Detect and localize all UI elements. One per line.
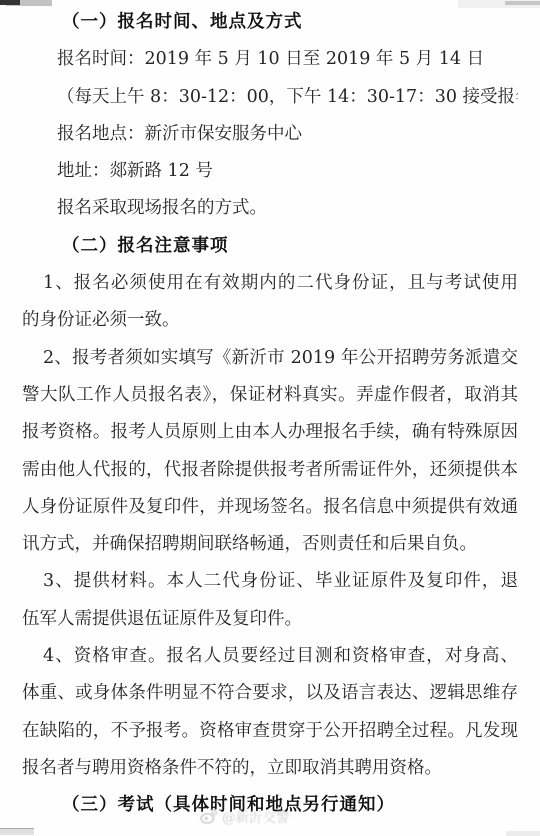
note4-line4: 报名者与聘用资格条件不符的，立即取消其聘用资格。 [22,750,518,787]
note3-line2: 伍军人需提供退伍证原件及复印件。 [22,601,518,638]
section-2-heading: （二）报名注意事项 [22,228,518,265]
note2-line5: 人身份证原件及复印件，并现场签名。报名信息中须提供有效通 [22,489,518,526]
reg-method-line: 报名采取现场报名的方式。 [22,190,518,227]
scanned-document-page: （一）报名时间、地点及方式 报名时间：2019 年 5 月 10 日至 2019… [0,0,540,836]
watermark-handle: @新沂交警 [222,806,290,826]
note1-line2: 的身份证必须一致。 [22,302,518,339]
reg-address-line: 地址：郯新路 12 号 [22,153,518,190]
section-1-heading: （一）报名时间、地点及方式 [22,4,518,41]
weibo-icon [200,808,218,824]
note1-line1: 1、报名必须使用在有效期内的二代身份证，且与考试使用 [22,265,518,302]
note2-line3: 报考资格。报考人员原则上由本人办理报名手续，确有特殊原因 [22,414,518,451]
scan-artifact-top-right-gray [505,1,540,5]
watermark: @新沂交警 [200,806,290,826]
scan-artifact-bottom-left-gray [0,828,34,835]
reg-location-line: 报名地点：新沂市保安服务中心 [22,116,518,153]
note3-line1: 3、提供材料。本人二代身份证、毕业证原件及复印件，退 [22,563,518,600]
note2-line4: 需由他人代报的，代报者除提供报考者所需证件外，还须提供本 [22,452,518,489]
note2-line1: 2、报考者须如实填写《新沂市 2019 年公开招聘劳务派遣交 [22,340,518,377]
scan-artifact-bottom-right-gray [506,831,540,836]
note4-line3: 在缺陷的，不予报考。资格审查贯穿于公开招聘全过程。凡发现 [22,713,518,750]
note4-line2: 体重、或身体条件明显不符合要求，以及语言表达、逻辑思维存 [22,675,518,712]
scan-artifact-top-left-dark [0,0,20,5]
reg-time-line: 报名时间：2019 年 5 月 10 日至 2019 年 5 月 14 日 [22,41,518,78]
note2-line6: 讯方式，并确保招聘期间联络畅通，否则责任和后果自负。 [22,526,518,563]
note4-line1: 4、资格审查。报名人员要经过目测和资格审查，对身高、 [22,638,518,675]
reg-hours-line: （每天上午 8：30-12：00，下午 14：30-17：30 接受报名）。 [22,79,518,116]
note2-line2: 警大队工作人员报名表》，保证材料真实。弄虚作假者，取消其 [22,377,518,414]
document-body: （一）报名时间、地点及方式 报名时间：2019 年 5 月 10 日至 2019… [0,0,540,836]
